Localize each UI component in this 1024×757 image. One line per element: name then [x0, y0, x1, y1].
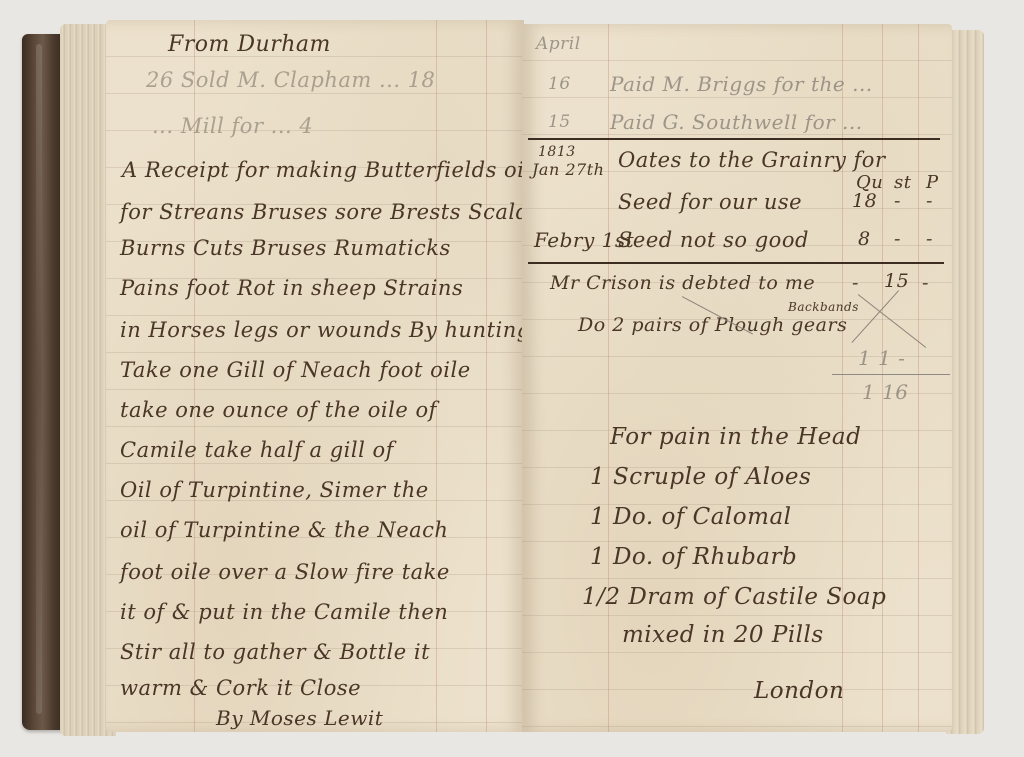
debit-line: Do 2 pairs of Plough gears — [578, 314, 847, 336]
recipe-line: warm & Cork it Close — [120, 676, 361, 700]
ledger-value: - — [926, 228, 933, 250]
column-line — [882, 24, 883, 732]
ledger-entry: Seed not so good — [618, 228, 809, 252]
right-page: April 16 Paid M. Briggs for the ... 15 P… — [522, 24, 952, 732]
column-line — [918, 24, 919, 732]
open-notebook: From Durham 26 Sold M. Clapham ... 18 ..… — [0, 0, 1024, 757]
total-rule — [832, 374, 950, 375]
pencil-subtotal: 1 1 - — [858, 346, 905, 370]
ledger-rule — [528, 138, 940, 140]
recipe-line: take one ounce of the oile of — [120, 398, 437, 422]
column-line — [486, 20, 487, 732]
remedy-signature: London — [754, 678, 844, 704]
remedy-line: 1/2 Dram of Castile Soap — [582, 584, 886, 610]
recipe-line: foot oile over a Slow fire take — [120, 560, 450, 584]
ledger-value: - — [922, 272, 929, 294]
faint-line: 26 Sold M. Clapham ... 18 — [146, 68, 435, 92]
left-page-header: From Durham — [168, 32, 331, 57]
recipe-line: A Receipt for making Butterfields oil — [122, 158, 524, 182]
recipe-line: in Horses legs or wounds By hunting — [120, 318, 524, 342]
recipe-line: for Streans Bruses sore Brests Scalds — [120, 200, 524, 224]
left-page: From Durham 26 Sold M. Clapham ... 18 ..… — [106, 20, 524, 732]
recipe-line: oil of Turpintine & the Neach — [120, 518, 448, 542]
ledger-value: - — [852, 272, 859, 294]
recipe-line: Oil of Turpintine, Simer the — [120, 478, 429, 502]
faint-line: ... Mill for ... 4 — [152, 114, 313, 138]
ledger-value: 8 — [858, 228, 871, 250]
ledger-value: - — [894, 190, 901, 212]
remedy-line: 1 Scruple of Aloes — [590, 464, 811, 490]
recipe-line: Take one Gill of Neach foot oile — [120, 358, 471, 382]
remedy-line: 1 Do. of Rhubarb — [590, 544, 797, 570]
ledger-year: 1813 — [538, 144, 576, 160]
pencil-total: 1 16 — [862, 380, 909, 404]
ledger-date: Jan 27th — [532, 160, 604, 179]
ledger-entry: Seed for our use — [618, 190, 802, 214]
recipe-line: it of & put in the Camile then — [120, 600, 448, 624]
margin-line — [608, 24, 609, 732]
faint-month: April — [536, 34, 581, 54]
debit-note: Backbands — [788, 300, 859, 314]
ledger-value: - — [926, 190, 933, 212]
debit-line: Mr Crison is debted to me — [550, 272, 815, 294]
recipe-line: Pains foot Rot in sheep Strains — [120, 276, 463, 300]
recipe-line: Camile take half a gill of — [120, 438, 394, 462]
faint-entry: Paid M. Briggs for the ... — [610, 72, 873, 96]
remedy-line: 1 Do. of Calomal — [590, 504, 792, 530]
ledger-rule — [528, 262, 944, 264]
faint-day: 16 — [548, 74, 571, 94]
recipe-line: Burns Cuts Bruses Rumaticks — [120, 236, 451, 260]
remedy-line: mixed in 20 Pills — [622, 622, 824, 648]
left-signature: By Moses Lewit — [216, 706, 383, 730]
recipe-line: Stir all to gather & Bottle it — [120, 640, 430, 664]
ledger-value: - — [894, 228, 901, 250]
remedy-title: For pain in the Head — [610, 424, 861, 450]
faint-entry: Paid G. Southwell for ... — [610, 110, 863, 134]
ledger-value: 15 — [884, 270, 909, 292]
faint-day: 15 — [548, 112, 571, 132]
ledger-entry: Oates to the Grainry for — [618, 148, 886, 172]
ledger-value: 18 — [852, 190, 877, 212]
